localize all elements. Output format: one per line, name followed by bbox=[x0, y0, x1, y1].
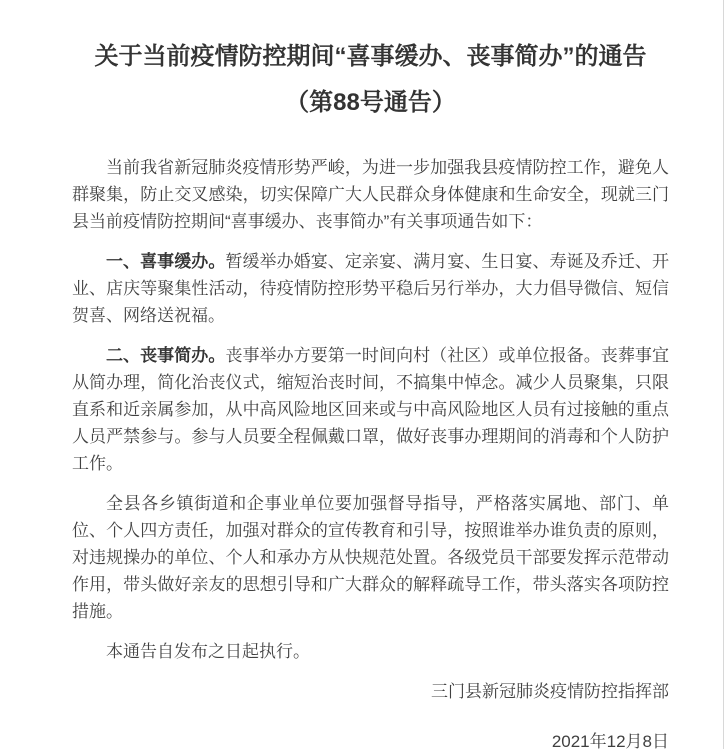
section-funerals-heading: 二、丧事简办。 bbox=[106, 346, 225, 365]
notice-document-page: 关于当前疫情防控期间“喜事缓办、丧事简办”的通告 （第88号通告） 当前我省新冠… bbox=[0, 0, 724, 749]
signature-date: 2021年12月8日 bbox=[72, 728, 669, 749]
paragraph-supervision: 全县各乡镇街道和企事业单位要加强督导指导，严格落实属地、部门、单位、个人四方责任… bbox=[72, 490, 669, 625]
paragraph-intro: 当前我省新冠肺炎疫情形势严峻，为进一步加强我县疫情防控工作，避免人群聚集，防止交… bbox=[72, 154, 669, 235]
paragraph-effective-date: 本通告自发布之日起执行。 bbox=[72, 638, 669, 665]
page-title: 关于当前疫情防控期间“喜事缓办、丧事简办”的通告 （第88号通告） bbox=[72, 34, 669, 126]
section-funerals-body: 丧事举办方要第一时间向村（社区）或单位报备。丧葬事宜从简办理，简化治丧仪式，缩短… bbox=[72, 346, 669, 473]
signature-block: 三门县新冠肺炎疫情防控指挥部 2021年12月8日 bbox=[72, 678, 669, 749]
section-funerals: 二、丧事简办。丧事举办方要第一时间向村（社区）或单位报备。丧葬事宜从简办理，简化… bbox=[72, 342, 669, 477]
section-happy-events-heading: 一、喜事缓办。 bbox=[106, 252, 225, 271]
signature-issuer: 三门县新冠肺炎疫情防控指挥部 bbox=[72, 678, 669, 705]
notice-body: 当前我省新冠肺炎疫情形势严峻，为进一步加强我县疫情防控工作，避免人群聚集，防止交… bbox=[72, 154, 669, 749]
notice-number: （第88号通告） bbox=[72, 80, 669, 126]
notice-title-line1: 关于当前疫情防控期间“喜事缓办、丧事简办”的通告 bbox=[72, 34, 669, 80]
section-happy-events: 一、喜事缓办。暂缓举办婚宴、定亲宴、满月宴、生日宴、寿诞及乔迁、开业、店庆等聚集… bbox=[72, 248, 669, 329]
